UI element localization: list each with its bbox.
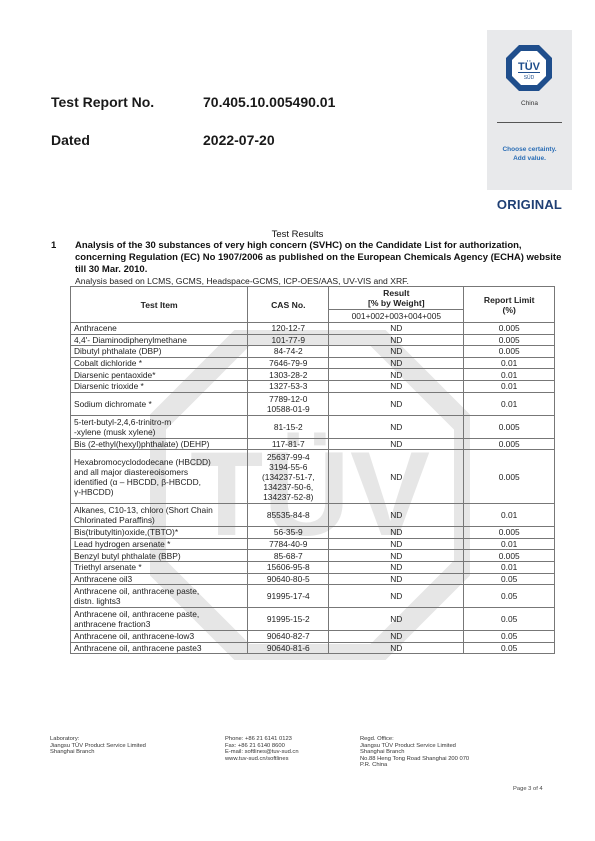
cell-report-limit: 0.01: [464, 504, 555, 527]
table-row: Anthracene oil, anthracene paste,anthrac…: [71, 608, 555, 631]
cell-result: ND: [329, 504, 464, 527]
cell-result: ND: [329, 357, 464, 369]
results-body: Anthracene120-12-7ND0.0054,4'- Diaminodi…: [71, 323, 555, 654]
table-row: Diarsenic pentaoxide*1303-28-2ND0.01: [71, 369, 555, 381]
cell-cas-no: 90640-80-5: [248, 573, 329, 585]
cell-test-item: Diarsenic pentaoxide*: [71, 369, 248, 381]
cell-report-limit: 0.01: [464, 561, 555, 573]
table-row: Diarsenic trioxide *1327-53-3ND0.01: [71, 380, 555, 392]
limit-header-line-2: (%): [467, 305, 551, 315]
table-row: Anthracene oil, anthracene paste,distn. …: [71, 585, 555, 608]
cell-cas-no: 84-74-2: [248, 346, 329, 358]
table-row: Dibutyl phthalate (DBP)84-74-2ND0.005: [71, 346, 555, 358]
cell-report-limit: 0.05: [464, 573, 555, 585]
cell-cas-no: 1327-53-3: [248, 380, 329, 392]
tagline-line-1: Choose certainty.: [487, 145, 572, 154]
cell-result: ND: [329, 538, 464, 550]
logo-region: China: [487, 100, 572, 107]
report-number-label: Test Report No.: [51, 94, 154, 110]
cell-cas-no: 91995-17-4: [248, 585, 329, 608]
cell-test-item: Anthracene oil, anthracene paste3: [71, 642, 248, 654]
cell-test-item: Hexabromocyclododecane (HBCDD)and all ma…: [71, 450, 248, 504]
cell-result: ND: [329, 527, 464, 539]
cell-report-limit: 0.005: [464, 450, 555, 504]
cell-test-item: Benzyl butyl phthalate (BBP): [71, 550, 248, 562]
cell-cas-no: 7789-12-010588-01-9: [248, 392, 329, 415]
cell-cas-no: 85535-84-8: [248, 504, 329, 527]
table-row: Sodium dichromate *7789-12-010588-01-9ND…: [71, 392, 555, 415]
cell-cas-no: 90640-82-7: [248, 631, 329, 643]
table-row: Anthracene120-12-7ND0.005: [71, 323, 555, 335]
cell-result: ND: [329, 550, 464, 562]
office-line: P.R. China: [360, 762, 469, 769]
cell-cas-no: 117-81-7: [248, 438, 329, 450]
dated-label: Dated: [51, 132, 90, 148]
cell-cas-no: 81-15-2: [248, 415, 329, 438]
cell-cas-no: 7784-40-9: [248, 538, 329, 550]
cell-report-limit: 0.005: [464, 438, 555, 450]
logo-brand-bottom: SÜD: [524, 74, 535, 81]
result-header-line-1: Result: [332, 288, 460, 298]
cell-test-item: 4,4'- Diaminodiphenylmethane: [71, 334, 248, 346]
contact-line: Phone: +86 21 6141 0123: [225, 736, 299, 743]
cell-report-limit: 0.01: [464, 369, 555, 381]
cell-test-item: Bis (2-ethyl(hexyl)phthalate) (DEHP): [71, 438, 248, 450]
logo-divider: [497, 122, 562, 123]
cell-report-limit: 0.01: [464, 538, 555, 550]
cell-report-limit: 0.05: [464, 631, 555, 643]
cell-cas-no: 56-35-9: [248, 527, 329, 539]
cell-report-limit: 0.005: [464, 415, 555, 438]
table-row: Triethyl arsenate *15606-95-8ND0.01: [71, 561, 555, 573]
cell-cas-no: 85-68-7: [248, 550, 329, 562]
cell-test-item: Lead hydrogen arsenate *: [71, 538, 248, 550]
col-header-report-limit: Report Limit (%): [464, 287, 555, 323]
tagline-line-2: Add value.: [487, 154, 572, 163]
cell-result: ND: [329, 380, 464, 392]
cell-cas-no: 101-77-9: [248, 334, 329, 346]
cell-test-item: Anthracene oil3: [71, 573, 248, 585]
cell-result: ND: [329, 369, 464, 381]
table-row: Anthracene oil390640-80-5ND0.05: [71, 573, 555, 585]
cell-report-limit: 0.05: [464, 642, 555, 654]
cell-test-item: 5-tert-butyl-2,4,6-trinitro-m-xylene (mu…: [71, 415, 248, 438]
cell-result: ND: [329, 631, 464, 643]
cell-report-limit: 0.005: [464, 346, 555, 358]
page-number: Page 3 of 4: [513, 786, 543, 792]
footer-registered-office: Regd. Office:Jiangsu TÜV Product Service…: [360, 736, 469, 769]
footer-contact: Phone: +86 21 6141 0123Fax: +86 21 6140 …: [225, 736, 299, 762]
cell-result: ND: [329, 346, 464, 358]
contact-line[interactable]: www.tuv-sud.cn/softlines: [225, 756, 299, 763]
cell-test-item: Anthracene oil, anthracene paste,anthrac…: [71, 608, 248, 631]
cell-result: ND: [329, 392, 464, 415]
logo-tagline: Choose certainty. Add value.: [487, 145, 572, 163]
cell-result: ND: [329, 561, 464, 573]
cell-cas-no: 91995-15-2: [248, 608, 329, 631]
cell-report-limit: 0.01: [464, 392, 555, 415]
cell-cas-no: 15606-95-8: [248, 561, 329, 573]
cell-result: ND: [329, 573, 464, 585]
cell-result: ND: [329, 642, 464, 654]
section-description: Analysis of the 30 substances of very hi…: [75, 240, 575, 276]
tuv-logo-panel: TÜV SÜD China Choose certainty. Add valu…: [487, 30, 572, 190]
cell-report-limit: 0.05: [464, 608, 555, 631]
section-number: 1: [51, 240, 56, 251]
cell-result: ND: [329, 415, 464, 438]
cell-result: ND: [329, 334, 464, 346]
cell-report-limit: 0.005: [464, 334, 555, 346]
cell-test-item: Triethyl arsenate *: [71, 561, 248, 573]
cell-test-item: Anthracene oil, anthracene paste,distn. …: [71, 585, 248, 608]
col-header-result: Result [% by Weight]: [329, 287, 464, 310]
cell-cas-no: 120-12-7: [248, 323, 329, 335]
table-row: Anthracene oil, anthracene-low390640-82-…: [71, 631, 555, 643]
cell-result: ND: [329, 608, 464, 631]
cell-result: ND: [329, 323, 464, 335]
limit-header-line-1: Report Limit: [467, 295, 551, 305]
col-header-sample-ids: 001+002+003+004+005: [329, 310, 464, 323]
cell-report-limit: 0.005: [464, 323, 555, 335]
cell-result: ND: [329, 450, 464, 504]
table-row: Hexabromocyclododecane (HBCDD)and all ma…: [71, 450, 555, 504]
table-row: Bis(tributyltin)oxide,(TBTO)*56-35-9ND0.…: [71, 527, 555, 539]
original-stamp: ORIGINAL: [487, 197, 572, 212]
laboratory-line: Shanghai Branch: [50, 749, 146, 756]
analysis-method-note: Analysis based on LCMS, GCMS, Headspace-…: [75, 276, 409, 286]
cell-report-limit: 0.05: [464, 585, 555, 608]
contact-line[interactable]: E-mail: softlines@tuv-sud.cn: [225, 749, 299, 756]
tuv-octagon-logo-icon: TÜV SÜD: [505, 44, 553, 92]
result-header-line-2: [% by Weight]: [332, 298, 460, 308]
cell-report-limit: 0.005: [464, 550, 555, 562]
logo-brand-top: TÜV: [518, 60, 541, 73]
table-row: 5-tert-butyl-2,4,6-trinitro-m-xylene (mu…: [71, 415, 555, 438]
report-date: 2022-07-20: [203, 132, 275, 148]
table-row: Bis (2-ethyl(hexyl)phthalate) (DEHP)117-…: [71, 438, 555, 450]
cell-test-item: Anthracene oil, anthracene-low3: [71, 631, 248, 643]
cell-report-limit: 0.01: [464, 380, 555, 392]
table-row: Lead hydrogen arsenate *7784-40-9ND0.01: [71, 538, 555, 550]
cell-report-limit: 0.005: [464, 527, 555, 539]
cell-test-item: Diarsenic trioxide *: [71, 380, 248, 392]
table-row: Benzyl butyl phthalate (BBP)85-68-7ND0.0…: [71, 550, 555, 562]
cell-test-item: Cobalt dichloride *: [71, 357, 248, 369]
cell-test-item: Dibutyl phthalate (DBP): [71, 346, 248, 358]
cell-result: ND: [329, 585, 464, 608]
cell-cas-no: 1303-28-2: [248, 369, 329, 381]
section-title: Test Results: [0, 229, 595, 240]
table-row: Cobalt dichloride *7646-79-9ND0.01: [71, 357, 555, 369]
cell-test-item: Sodium dichromate *: [71, 392, 248, 415]
cell-test-item: Anthracene: [71, 323, 248, 335]
report-number: 70.405.10.005490.01: [203, 94, 335, 110]
cell-report-limit: 0.01: [464, 357, 555, 369]
cell-cas-no: 25637-99-43194-55-6(134237-51-7,134237-5…: [248, 450, 329, 504]
footer-laboratory: Laboratory:Jiangsu TÜV Product Service L…: [50, 736, 146, 756]
col-header-cas-no: CAS No.: [248, 287, 329, 323]
cell-cas-no: 7646-79-9: [248, 357, 329, 369]
cell-test-item: Alkanes, C10-13, chloro (Short ChainChlo…: [71, 504, 248, 527]
cell-cas-no: 90640-81-6: [248, 642, 329, 654]
col-header-test-item: Test Item: [71, 287, 248, 323]
cell-test-item: Bis(tributyltin)oxide,(TBTO)*: [71, 527, 248, 539]
table-row: 4,4'- Diaminodiphenylmethane101-77-9ND0.…: [71, 334, 555, 346]
test-results-table: Test Item CAS No. Result [% by Weight] R…: [70, 286, 555, 654]
table-row: Alkanes, C10-13, chloro (Short ChainChlo…: [71, 504, 555, 527]
table-row: Anthracene oil, anthracene paste390640-8…: [71, 642, 555, 654]
cell-result: ND: [329, 438, 464, 450]
